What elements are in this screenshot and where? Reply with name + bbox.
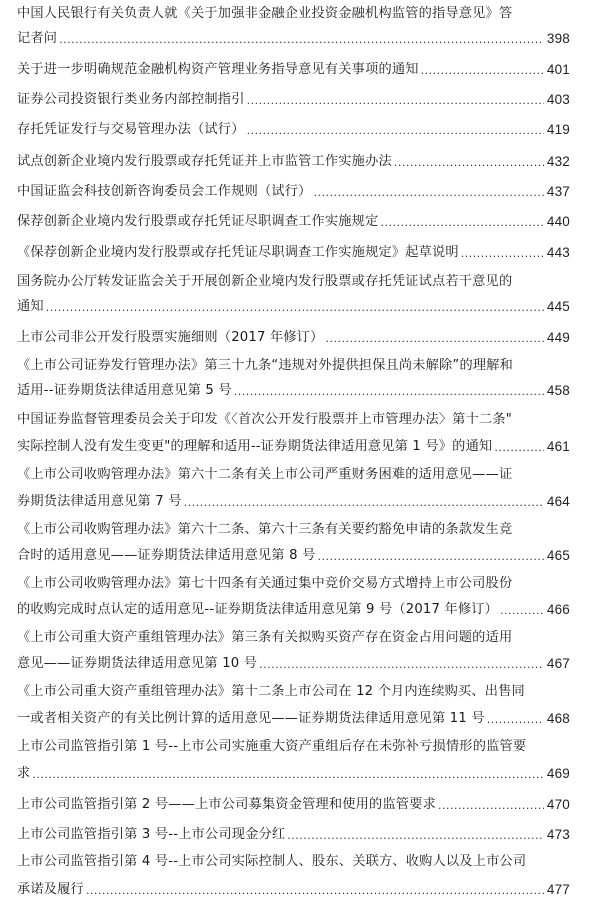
toc-entry-title: 《上市公司证券发行管理办法》第三十九条“违规对外提供担保且尚未解除”的理解和 xyxy=(17,356,513,376)
page-number: 466 xyxy=(547,600,570,620)
page-number: 419 xyxy=(547,120,570,140)
page-number: 440 xyxy=(547,212,570,232)
toc-entry-title-cont: 券期货法律适用意见第 7 号 xyxy=(17,492,182,512)
page-number: 467 xyxy=(547,654,570,674)
dot-leader xyxy=(438,797,544,815)
dot-leader xyxy=(46,299,544,317)
page-number: 473 xyxy=(547,825,570,845)
toc-entry-title: 上市公司监管指引第 3 号--上市公司现金分红 xyxy=(17,825,285,845)
toc-entry-title: 上市公司监管指引第 4 号--上市公司实际控制人、股东、关联方、收购人以及上市公… xyxy=(17,852,526,872)
toc-entry-title-cont: 记者问 xyxy=(17,29,57,49)
dot-leader xyxy=(487,711,544,729)
dot-leader xyxy=(59,31,544,49)
toc-entry-title: 《上市公司收购管理办法》第七十四条有关通过集中竞价交易方式增持上市公司股份 xyxy=(17,574,512,594)
toc-entry-title: 中国证监会科技创新咨询委员会工作规则（试行） xyxy=(17,182,312,202)
toc-entry-title: 中国人民银行有关负责人就《关于加强非金融企业投资金融机构监管的指导意见》答 xyxy=(17,4,512,24)
dot-leader xyxy=(494,439,544,457)
page-number: 470 xyxy=(547,795,570,815)
dot-leader xyxy=(259,656,544,674)
toc-entry-title: 《保荐创新企业境内发行股票或存托凭证尽职调查工作实施规定》起草说明 xyxy=(17,243,459,263)
page-number: 449 xyxy=(547,328,570,348)
dot-leader xyxy=(461,245,544,263)
toc-entry-title-cont: 一或者相关资产的有关比例计算的适用意见——证券期货法律适用意见第 11 号 xyxy=(17,709,485,729)
page-number: 437 xyxy=(547,182,570,202)
page-number: 401 xyxy=(547,60,570,80)
toc-entry-title: 《上市公司收购管理办法》第六十二条有关上市公司严重财务困难的适用意见——证 xyxy=(17,465,512,485)
dot-leader xyxy=(32,766,543,784)
dot-leader xyxy=(247,122,544,140)
page-number: 469 xyxy=(547,764,570,784)
page-number: 445 xyxy=(547,297,570,317)
toc-entry-title: 存托凭证发行与交易管理办法（试行） xyxy=(17,120,245,140)
dot-leader xyxy=(318,548,544,566)
toc-entry-title: 《上市公司重大资产重组管理办法》第十二条上市公司在 12 个月内连续购买、出售同 xyxy=(17,682,525,702)
page-number: 432 xyxy=(547,152,570,172)
dot-leader xyxy=(314,184,544,202)
page-number: 464 xyxy=(547,492,570,512)
dot-leader xyxy=(86,882,544,900)
dot-leader xyxy=(326,330,544,348)
dot-leader xyxy=(247,92,544,110)
page-number: 403 xyxy=(547,90,570,110)
toc-entry-title: 证券公司投资银行类业务内部控制指引 xyxy=(17,90,245,110)
dot-leader xyxy=(184,494,544,512)
page-number: 443 xyxy=(547,243,570,263)
toc-entry-title: 上市公司监管指引第 2 号——上市公司募集资金管理和使用的监管要求 xyxy=(17,795,436,815)
dot-leader xyxy=(380,214,543,232)
toc-entry-title-cont: 合时的适用意见——证券期货法律适用意见第 8 号 xyxy=(17,546,316,566)
page-number: 398 xyxy=(547,29,570,49)
toc-entry-title: 《上市公司收购管理办法》第六十二条、第六十三条有关要约豁免申请的条款发生竞 xyxy=(17,520,512,540)
toc-entry-title: 国务院办公厅转发证监会关于开展创新企业境内发行股票或存托凭证试点若干意见的 xyxy=(17,272,512,292)
toc-entry-title-cont: 求 xyxy=(17,764,30,784)
page-number: 477 xyxy=(547,880,570,900)
toc-entry-title: 《上市公司重大资产重组管理办法》第三条有关拟购买资产存在资金占用问题的适用 xyxy=(17,628,512,648)
toc-entry-title-cont: 承诺及履行 xyxy=(17,880,84,900)
toc-entry-title-cont: 实际控制人没有发生变更"的理解和适用--证券期货法律适用意见第 1 号》的通知 xyxy=(17,437,492,457)
toc-entry-title: 关于进一步明确规范金融机构资产管理业务指导意见有关事项的通知 xyxy=(17,60,419,80)
toc-entry-title: 保荐创新企业境内发行股票或存托凭证尽职调查工作实施规定 xyxy=(17,212,378,232)
toc-entry-title-cont: 适用--证券期货法律适用意见第 5 号 xyxy=(17,381,232,401)
dot-leader xyxy=(500,602,544,620)
page-number: 465 xyxy=(547,546,570,566)
toc-entry-title: 中国证券监督管理委员会关于印发《〈首次公开发行股票并上市管理办法〉第十二条" xyxy=(17,410,512,430)
dot-leader xyxy=(234,383,544,401)
page-number: 461 xyxy=(547,437,570,457)
page-number: 468 xyxy=(547,709,570,729)
dot-leader xyxy=(394,154,544,172)
toc-entry-title: 上市公司监管指引第 1 号--上市公司实施重大资产重组后存在未弥补亏损情形的监管… xyxy=(17,737,526,757)
toc-entry-title: 上市公司非公开发行股票实施细则（2017 年修订） xyxy=(17,328,324,348)
toc-entry-title-cont: 意见——证券期货法律适用意见第 10 号 xyxy=(17,654,257,674)
dot-leader xyxy=(287,827,544,845)
dot-leader xyxy=(421,62,544,80)
toc-entry-title: 试点创新企业境内发行股票或存托凭证并上市监管工作实施办法 xyxy=(17,152,392,172)
page-number: 458 xyxy=(547,381,570,401)
toc-entry-title-cont: 的收购完成时点认定的适用意见--证券期货法律适用意见第 9 号（2017 年修订… xyxy=(17,600,498,620)
toc-entry-title-cont: 通知 xyxy=(17,297,44,317)
